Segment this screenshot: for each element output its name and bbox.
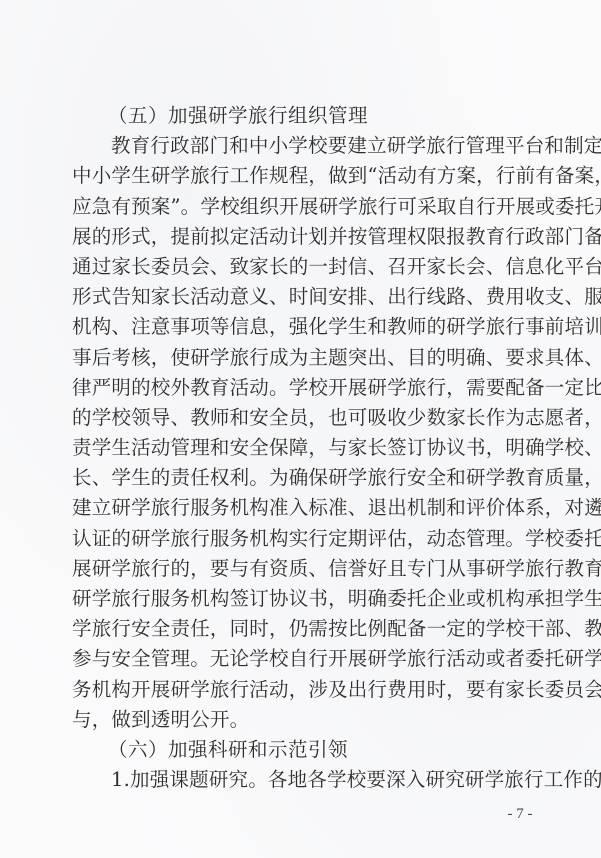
paragraph-line: 教育行政部门和中小学校要建立研学旅行管理平台和制定 [72, 131, 544, 161]
paragraph-line: 应急有预案”。学校组织开展研学旅行可采取自行开展或委托开 [72, 192, 544, 222]
paragraph-line: 机构、注意事项等信息，强化学生和教师的研学旅行事前培训和 [72, 312, 544, 342]
paragraph-line: 参与安全管理。无论学校自行开展研学旅行活动或者委托研学服 [72, 644, 544, 674]
document-body: （五）加强研学旅行组织管理 教育行政部门和中小学校要建立研学旅行管理平台和制定 … [72, 101, 544, 795]
paragraph-line: 的学校领导、教师和安全员，也可吸收少数家长作为志愿者，负 [72, 403, 544, 433]
section-heading-six: （六）加强科研和示范引领 [72, 735, 544, 765]
scanned-page: （五）加强研学旅行组织管理 教育行政部门和中小学校要建立研学旅行管理平台和制定 … [0, 0, 601, 858]
page-number: - 7 - [500, 806, 540, 823]
paragraph-line: 与，做到透明公开。 [72, 705, 544, 735]
paragraph-line: 形式告知家长活动意义、时间安排、出行线路、费用收支、服务 [72, 282, 544, 312]
paragraph-line: 展的形式，提前拟定活动计划并按管理权限报教育行政部门备案， [72, 222, 544, 252]
paragraph-line: 认证的研学旅行服务机构实行定期评估，动态管理。学校委托开 [72, 524, 544, 554]
paragraph-line: 研学旅行服务机构签订协议书，明确委托企业或机构承担学生研 [72, 584, 544, 614]
paragraph-line: 通过家长委员会、致家长的一封信、召开家长会、信息化平台等 [72, 252, 544, 282]
section-heading-five: （五）加强研学旅行组织管理 [72, 101, 544, 131]
paragraph-line: 责学生活动管理和安全保障，与家长签订协议书，明确学校、家 [72, 433, 544, 463]
paragraph-line: 中小学生研学旅行工作规程，做到“活动有方案，行前有备案， [72, 161, 544, 191]
paragraph-line: 学旅行安全责任，同时，仍需按比例配备一定的学校干部、教师 [72, 614, 544, 644]
paragraph-line: 务机构开展研学旅行活动，涉及出行费用时，要有家长委员会参 [72, 675, 544, 705]
numbered-item-line: 1.加强课题研究。各地各学校要深入研究研学旅行工作的规 [72, 765, 544, 795]
paragraph-line: 展研学旅行的，要与有资质、信誉好且专门从事研学旅行教育的 [72, 554, 544, 584]
paragraph-line: 律严明的校外教育活动。学校开展研学旅行，需要配备一定比例 [72, 373, 544, 403]
paragraph-line: 事后考核，使研学旅行成为主题突出、目的明确、要求具体、纪 [72, 343, 544, 373]
paragraph-line: 长、学生的责任权利。为确保研学旅行安全和研学教育质量，要 [72, 463, 544, 493]
paragraph-line: 建立研学旅行服务机构准入标准、退出机制和评价体系，对遴选 [72, 493, 544, 523]
